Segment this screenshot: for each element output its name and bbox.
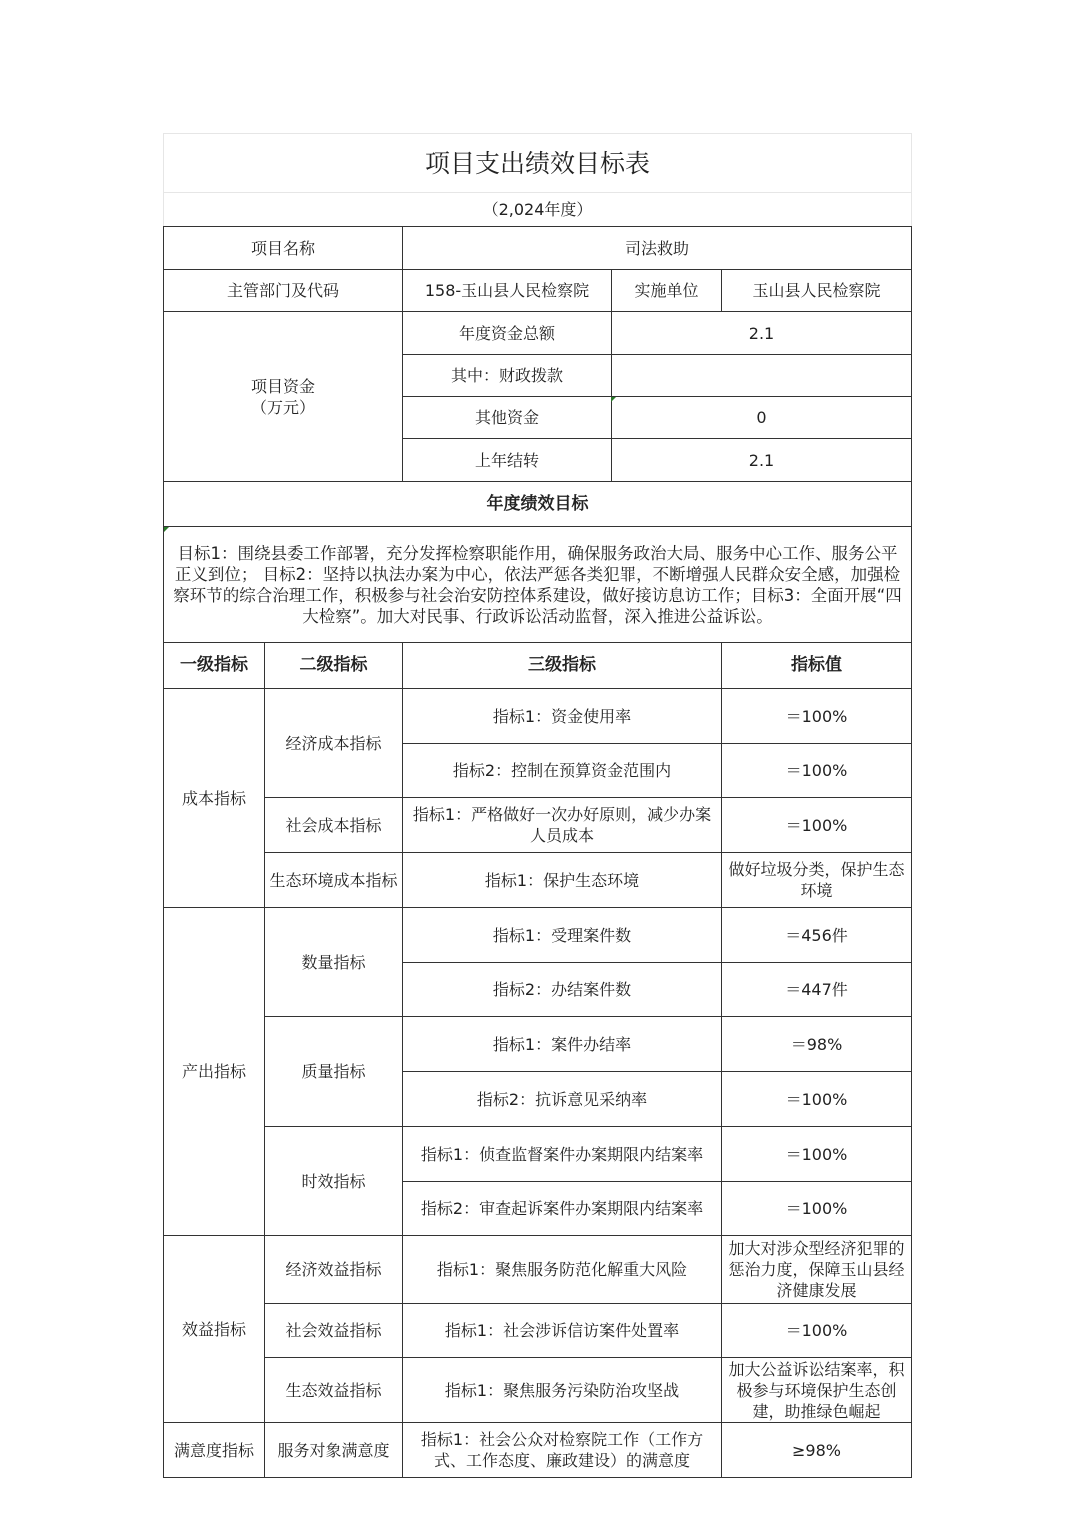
header-level2: 二级指标 [264, 642, 403, 689]
cell-comment-marker [611, 397, 616, 402]
level3-cell: 指标2：控制在预算资金范围内 [402, 743, 722, 798]
annual-goal-heading: 年度绩效目标 [163, 481, 912, 527]
level3-cell: 指标1：社会涉诉信访案件处置率 [402, 1303, 722, 1358]
level2-cell: 社会成本指标 [264, 797, 403, 853]
value-cell: 做好垃圾分类，保护生态环境 [721, 852, 912, 908]
header-level1: 一级指标 [163, 642, 265, 689]
impl-value: 玉山县人民检察院 [721, 269, 912, 312]
level2-cell: 社会效益指标 [264, 1303, 403, 1358]
level1-output: 产出指标 [163, 907, 265, 1236]
level2-cell: 生态效益指标 [264, 1357, 403, 1423]
fund-row-label: 上年结转 [402, 438, 612, 482]
project-name-label: 项目名称 [163, 226, 403, 270]
value-cell: ＝100% [721, 1303, 912, 1358]
level2-cell: 数量指标 [264, 907, 403, 1017]
fiscal-year: （2,024年度） [163, 192, 912, 227]
cell-comment-marker [164, 527, 169, 532]
dept-value: 158-玉山县人民检察院 [402, 269, 612, 312]
fund-row-value: 0 [611, 396, 912, 439]
level3-cell: 指标1：社会公众对检察院工作（工作方式、工作态度、廉政建设）的满意度 [402, 1422, 722, 1478]
level3-cell: 指标1：聚焦服务污染防治攻坚战 [402, 1357, 722, 1423]
level2-cell: 服务对象满意度 [264, 1422, 403, 1478]
dept-label: 主管部门及代码 [163, 269, 403, 312]
level2-cell: 质量指标 [264, 1016, 403, 1127]
value-cell: ＝456件 [721, 907, 912, 963]
level2-cell: 经济成本指标 [264, 688, 403, 798]
level3-cell: 指标2：办结案件数 [402, 962, 722, 1017]
value-cell: ＝100% [721, 797, 912, 853]
value-cell: ＝100% [721, 688, 912, 744]
fund-row-label: 其中：财政拨款 [402, 354, 612, 397]
value-cell: ＝100% [721, 1126, 912, 1182]
value-cell: ＝100% [721, 1181, 912, 1236]
fund-row-value: 2.1 [611, 438, 912, 482]
value-cell: ＝447件 [721, 962, 912, 1017]
annual-goal-text: 目标1：围绕县委工作部署，充分发挥检察职能作用，确保服务政治大局、服务中心工作、… [163, 526, 912, 643]
value-cell: ＝98% [721, 1016, 912, 1072]
level3-cell: 指标1：资金使用率 [402, 688, 722, 744]
header-value: 指标值 [721, 642, 912, 689]
value-cell: ≥98% [721, 1422, 912, 1478]
value-cell: 加大公益诉讼结案率，积极参与环境保护生态创建，助推绿色崛起 [721, 1357, 912, 1423]
fund-row-label: 其他资金 [402, 396, 612, 439]
level1-cost: 成本指标 [163, 688, 265, 908]
level3-cell: 指标1：保护生态环境 [402, 852, 722, 908]
page-title: 项目支出绩效目标表 [163, 133, 912, 193]
level2-cell: 生态环境成本指标 [264, 852, 403, 908]
level2-cell: 经济效益指标 [264, 1235, 403, 1304]
level3-cell: 指标1：案件办结率 [402, 1016, 722, 1072]
funds-label-line1: 项目资金 [251, 376, 315, 397]
level3-cell: 指标2：抗诉意见采纳率 [402, 1071, 722, 1127]
value-cell: ＝100% [721, 1071, 912, 1127]
value-cell: 加大对涉众型经济犯罪的惩治力度，保障玉山县经济健康发展 [721, 1235, 912, 1304]
fund-row-value: 2.1 [611, 311, 912, 355]
level3-cell: 指标2：审查起诉案件办案期限内结案率 [402, 1181, 722, 1236]
level3-cell: 指标1：严格做好一次办好原则，减少办案人员成本 [402, 797, 722, 853]
fund-row-label: 年度资金总额 [402, 311, 612, 355]
level3-cell: 指标1：侦查监督案件办案期限内结案率 [402, 1126, 722, 1182]
level3-cell: 指标1：聚焦服务防范化解重大风险 [402, 1235, 722, 1304]
header-level3: 三级指标 [402, 642, 722, 689]
funds-label-line2: （万元） [251, 397, 315, 418]
fund-row-value [611, 354, 912, 397]
level3-cell: 指标1：受理案件数 [402, 907, 722, 963]
level1-benefit: 效益指标 [163, 1235, 265, 1423]
impl-label: 实施单位 [611, 269, 722, 312]
project-name-value: 司法救助 [402, 226, 912, 270]
funds-label: 项目资金 （万元） [163, 311, 403, 482]
level1-satisfaction: 满意度指标 [163, 1422, 265, 1478]
value-cell: ＝100% [721, 743, 912, 798]
level2-cell: 时效指标 [264, 1126, 403, 1236]
